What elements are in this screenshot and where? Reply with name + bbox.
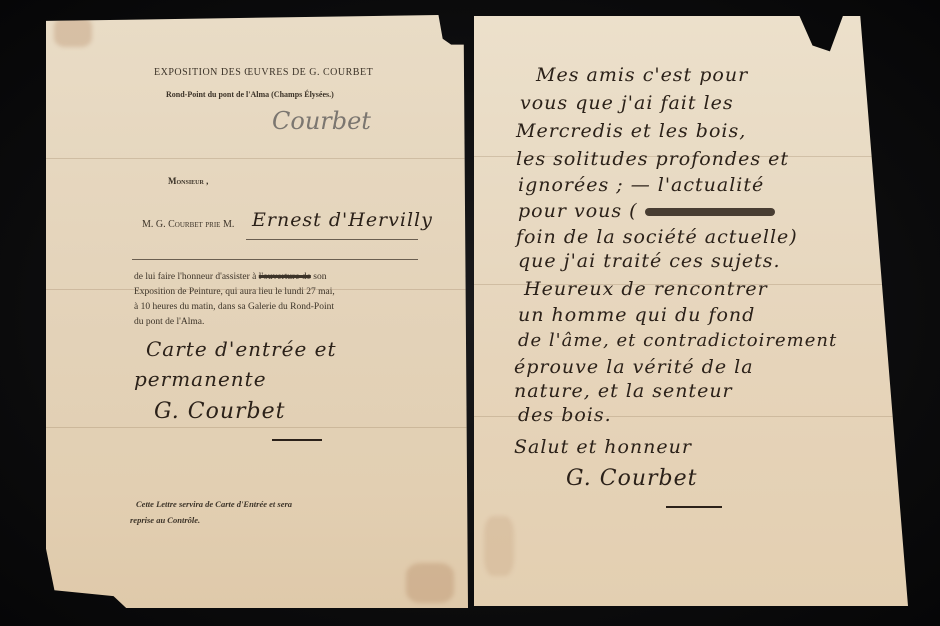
body-line-2: Exposition de Peinture, qui aura lieu le… xyxy=(134,287,335,297)
letter-line-11: de l'âme, et contradictoirement xyxy=(518,330,837,351)
letter-line-3: Mercredis et les bois, xyxy=(516,120,746,142)
divider-rule xyxy=(132,259,418,260)
letter-line-6: pour vous ( xyxy=(518,200,775,222)
header-title: EXPOSITION DES ŒUVRES DE G. COURBET xyxy=(154,67,373,78)
footer-line-2: reprise au Contrôle. xyxy=(130,515,200,525)
body-text: son xyxy=(313,272,326,282)
letter-line-9: Heureux de rencontrer xyxy=(524,278,768,300)
letter-line-4: les solitudes profondes et xyxy=(516,148,789,170)
body-line-1: de lui faire l'honneur d'assister à l'ou… xyxy=(134,272,326,282)
letter-line-7: foin de la société actuelle) xyxy=(516,226,798,248)
letter-closing: Salut et honneur xyxy=(514,436,692,458)
stain xyxy=(484,516,514,576)
salutation: Monsieur , xyxy=(168,176,208,186)
letter-signature: G. Courbet xyxy=(566,466,697,491)
signature-flourish xyxy=(272,439,322,441)
letter-page: Mes amis c'est pour vous que j'ai fait l… xyxy=(474,16,908,606)
fold-line xyxy=(46,427,468,428)
letter-line-1: Mes amis c'est pour xyxy=(536,64,748,86)
signature-flourish xyxy=(666,506,722,508)
letter-line-12: éprouve la vérité de la xyxy=(514,356,754,378)
handwritten-note-line-1: Carte d'entrée et xyxy=(146,337,337,361)
letter-line-5: ignorées ; — l'actualité xyxy=(518,174,764,196)
struck-text: l'ouverture de xyxy=(259,272,311,282)
signature: G. Courbet xyxy=(154,399,285,424)
invitation-page: EXPOSITION DES ŒUVRES DE G. COURBET Rond… xyxy=(46,15,468,608)
letter-line-14: des bois. xyxy=(518,404,612,426)
body-line-3: à 10 heures du matin, dans sa Galerie du… xyxy=(134,302,334,312)
letter-line-13: nature, et la senteur xyxy=(514,380,733,402)
header-subtitle: Rond-Point du pont de l'Alma (Champs Ély… xyxy=(166,90,334,99)
letter-line-10: un homme qui du fond xyxy=(518,304,755,326)
invitee-underline xyxy=(246,239,418,240)
pencil-note: Courbet xyxy=(272,107,371,135)
stain xyxy=(406,563,454,603)
letter-line-8: que j'ai traité ces sujets. xyxy=(518,250,781,272)
invitee-name: Ernest d'Hervilly xyxy=(252,209,433,231)
footer-line-1: Cette Lettre servira de Carte d'Entrée e… xyxy=(136,499,292,509)
handwritten-note-line-2: permanente xyxy=(134,367,267,391)
letter-text: pour vous ( xyxy=(518,200,638,222)
body-line-4: du pont de l'Alma. xyxy=(134,317,204,327)
scribbled-out-text xyxy=(645,208,775,216)
letter-line-2: vous que j'ai fait les xyxy=(520,92,734,114)
fold-line xyxy=(46,158,468,159)
stain xyxy=(54,17,92,47)
invite-prefix: M. G. Courbet prie M. xyxy=(142,219,234,230)
body-text: de lui faire l'honneur d'assister à xyxy=(134,272,256,282)
